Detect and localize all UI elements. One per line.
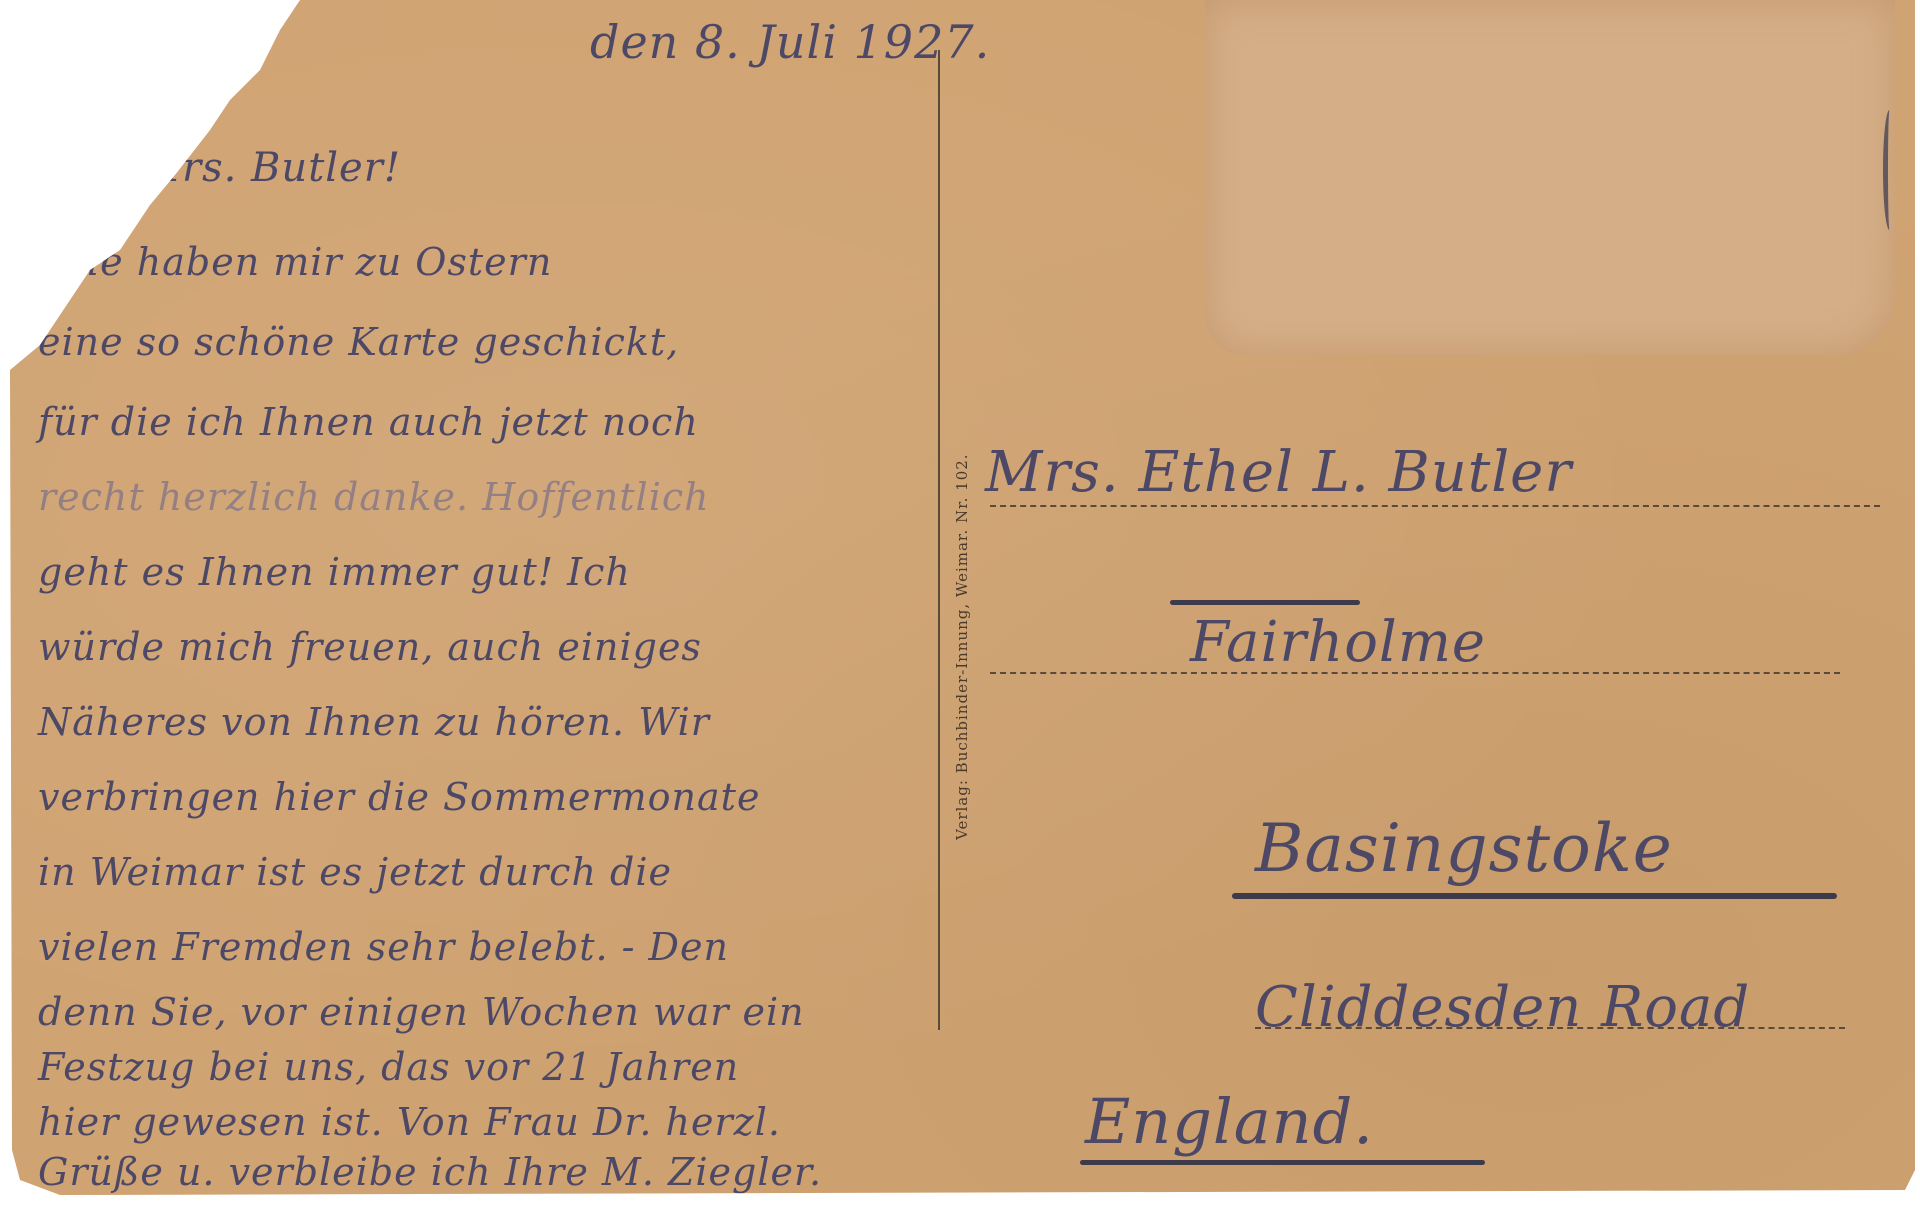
message-line: recht herzlich danke. Hoffentlich (38, 475, 710, 519)
message-line: Näheres von Ihnen zu hören. Wir (38, 700, 710, 744)
message-line: Sie haben mir zu Ostern (60, 240, 552, 284)
message-line: geht es Ihnen immer gut! Ich (38, 550, 631, 594)
address-street: Cliddesden Road (1255, 975, 1750, 1040)
message-line: hier gewesen ist. Von Frau Dr. herzl. (38, 1100, 781, 1144)
message-line: denn Sie, vor einigen Wochen war ein (38, 990, 805, 1034)
town-underline (1232, 893, 1837, 899)
address-town: Basingstoke (1255, 810, 1673, 887)
message-line: verbringen hier die Sommermonate (38, 775, 760, 819)
date-line: den 8. Juli 1927. (590, 15, 990, 69)
salutation: Mrs. Butler! (140, 145, 401, 191)
message-line: für die ich Ihnen auch jetzt noch (38, 400, 699, 444)
address-line-1 (990, 505, 1880, 507)
flourish (1170, 600, 1360, 605)
country-underline (1080, 1160, 1485, 1165)
message-line: vielen Fremden sehr belebt. - Den (38, 925, 729, 969)
message-line: Festzug bei uns, das vor 21 Jahren (38, 1045, 739, 1089)
address-line-2 (990, 672, 1840, 674)
message-line: eine so schöne Karte geschickt, (38, 320, 679, 364)
postcard: den 8. Juli 1927. Mrs. Butler! Sie haben… (0, 0, 1920, 1211)
address-name: Mrs. Ethel L. Butler (985, 440, 1572, 505)
address-country: England. (1085, 1085, 1374, 1158)
publisher-imprint: Verlag: Buchbinder-Innung, Weimar. Nr. 1… (953, 453, 971, 840)
address-house: Fairholme (1190, 610, 1486, 675)
message-line: Grüße u. verbleibe ich Ihre M. Ziegler. (38, 1150, 822, 1194)
center-divider (938, 50, 940, 1030)
message-line: würde mich freuen, auch einiges (38, 625, 702, 669)
postmark-fragment (1883, 110, 1896, 230)
removed-stamp-area (1205, 0, 1895, 355)
address-line-4 (1255, 1027, 1845, 1029)
message-line: in Weimar ist es jetzt durch die (38, 850, 672, 894)
